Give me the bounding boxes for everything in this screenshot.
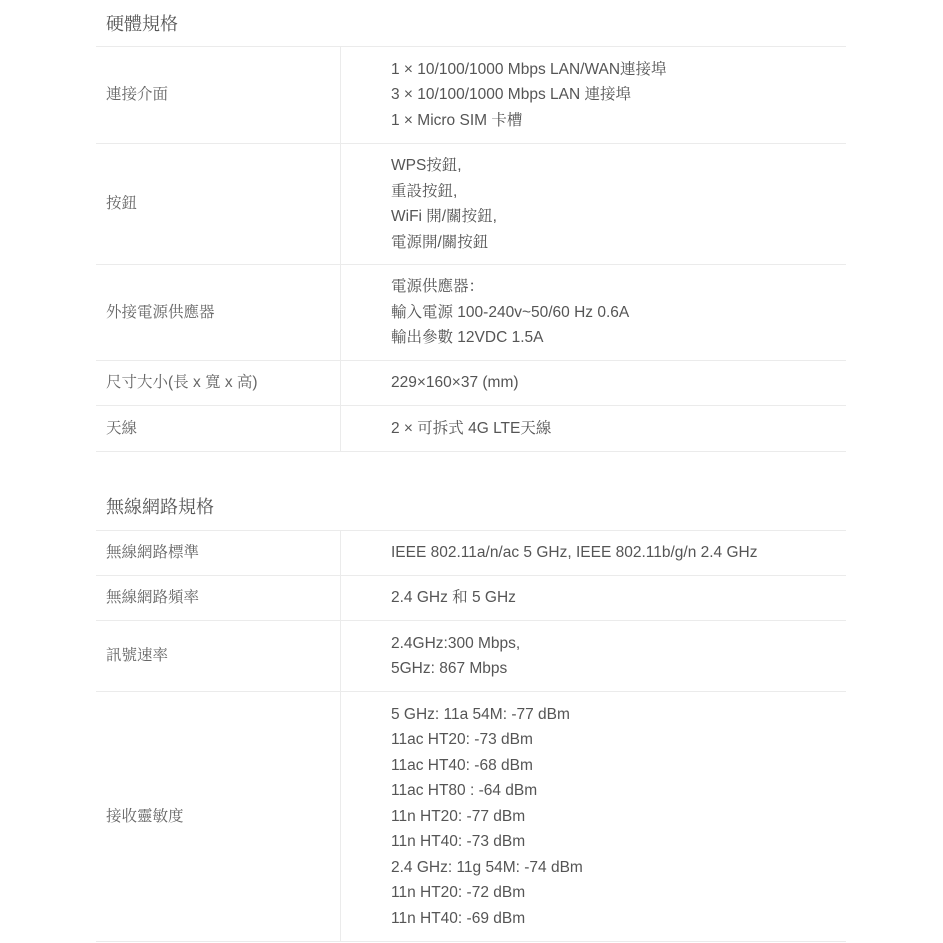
spec-value-line: 2.4GHz:300 Mbps, <box>391 631 846 657</box>
spec-value-line: 2.4 GHz: 11g 54M: -74 dBm <box>391 855 846 881</box>
spec-row: 接收靈敏度5 GHz: 11a 54M: -77 dBm11ac HT20: -… <box>96 692 846 942</box>
spec-row: 天線2 × 可拆式 4G LTE天線 <box>96 406 846 452</box>
spec-value-line: 5 GHz: 11a 54M: -77 dBm <box>391 702 846 728</box>
spec-label: 無線網路頻率 <box>96 576 341 621</box>
spec-value: 5 GHz: 11a 54M: -77 dBm11ac HT20: -73 dB… <box>341 692 847 942</box>
spec-value: 2 × 可拆式 4G LTE天線 <box>341 406 847 452</box>
spec-value-line: 11n HT40: -73 dBm <box>391 829 846 855</box>
spec-value-line: 11ac HT80 : -64 dBm <box>391 778 846 804</box>
spec-value: 2.4 GHz 和 5 GHz <box>341 576 847 621</box>
spec-value-line: IEEE 802.11a/n/ac 5 GHz, IEEE 802.11b/g/… <box>391 540 846 566</box>
spec-label: 接收靈敏度 <box>96 692 341 942</box>
spec-label: 尺寸大小(長 x 寬 x 高) <box>96 361 341 406</box>
spec-value-line: 11n HT40: -69 dBm <box>391 906 846 932</box>
spec-label: 無線網路標準 <box>96 531 341 576</box>
spec-value-line: 11ac HT40: -68 dBm <box>391 753 846 779</box>
spec-row: 無線網路頻率2.4 GHz 和 5 GHz <box>96 576 846 621</box>
spec-row: 外接電源供應器電源供應器：輸入電源 100-240v~50/60 Hz 0.6A… <box>96 265 846 361</box>
spec-value-line: 3 × 10/100/1000 Mbps LAN 連接埠 <box>391 82 846 108</box>
hardware-spec-title: 硬體規格 <box>96 0 846 46</box>
spec-value-line: 11n HT20: -72 dBm <box>391 880 846 906</box>
spec-row: 無線網路標準IEEE 802.11a/n/ac 5 GHz, IEEE 802.… <box>96 531 846 576</box>
spec-value-line: 電源供應器： <box>391 274 846 300</box>
spec-value-line: 5GHz: 867 Mbps <box>391 656 846 682</box>
spec-value: 2.4GHz:300 Mbps,5GHz: 867 Mbps <box>341 621 847 692</box>
spec-row: 按鈕WPS按鈕,重設按鈕,WiFi 開/關按鈕,電源開/關按鈕 <box>96 144 846 265</box>
spec-label: 按鈕 <box>96 144 341 265</box>
hardware-spec-rows: 連接介面1 × 10/100/1000 Mbps LAN/WAN連接埠3 × 1… <box>96 47 846 452</box>
spec-value-line: 1 × 10/100/1000 Mbps LAN/WAN連接埠 <box>391 57 846 83</box>
spec-value-line: 2.4 GHz 和 5 GHz <box>391 585 846 611</box>
spec-value-line: 11n HT20: -77 dBm <box>391 804 846 830</box>
spec-value: 電源供應器：輸入電源 100-240v~50/60 Hz 0.6A輸出參數 12… <box>341 265 847 361</box>
spec-value-line: 輸出參數 12VDC 1.5A <box>391 325 846 351</box>
spec-label: 連接介面 <box>96 47 341 144</box>
spec-value: WPS按鈕,重設按鈕,WiFi 開/關按鈕,電源開/關按鈕 <box>341 144 847 265</box>
spec-value: IEEE 802.11a/n/ac 5 GHz, IEEE 802.11b/g/… <box>341 531 847 576</box>
spec-label: 外接電源供應器 <box>96 265 341 361</box>
spec-label: 訊號速率 <box>96 621 341 692</box>
wireless-spec-rows: 無線網路標準IEEE 802.11a/n/ac 5 GHz, IEEE 802.… <box>96 531 846 942</box>
spec-value-line: 11ac HT20: -73 dBm <box>391 727 846 753</box>
spec-value-line: 229×160×37 (mm) <box>391 370 846 396</box>
spec-value-line: WiFi 開/關按鈕, <box>391 204 846 230</box>
hardware-spec-table: 連接介面1 × 10/100/1000 Mbps LAN/WAN連接埠3 × 1… <box>96 46 846 452</box>
wireless-spec-table: 無線網路標準IEEE 802.11a/n/ac 5 GHz, IEEE 802.… <box>96 530 846 942</box>
spec-row: 連接介面1 × 10/100/1000 Mbps LAN/WAN連接埠3 × 1… <box>96 47 846 144</box>
spec-page: 硬體規格 連接介面1 × 10/100/1000 Mbps LAN/WAN連接埠… <box>96 0 846 942</box>
spec-value-line: 電源開/關按鈕 <box>391 230 846 256</box>
spec-row: 訊號速率2.4GHz:300 Mbps,5GHz: 867 Mbps <box>96 621 846 692</box>
spec-row: 尺寸大小(長 x 寬 x 高)229×160×37 (mm) <box>96 361 846 406</box>
spec-value: 229×160×37 (mm) <box>341 361 847 406</box>
wireless-spec-title: 無線網路規格 <box>96 481 846 530</box>
spec-value-line: 1 × Micro SIM 卡槽 <box>391 108 846 134</box>
spec-value: 1 × 10/100/1000 Mbps LAN/WAN連接埠3 × 10/10… <box>341 47 847 144</box>
spec-value-line: 輸入電源 100-240v~50/60 Hz 0.6A <box>391 300 846 326</box>
spec-value-line: WPS按鈕, <box>391 153 846 179</box>
spec-label: 天線 <box>96 406 341 452</box>
spec-value-line: 重設按鈕, <box>391 179 846 205</box>
spec-value-line: 2 × 可拆式 4G LTE天線 <box>391 416 846 442</box>
